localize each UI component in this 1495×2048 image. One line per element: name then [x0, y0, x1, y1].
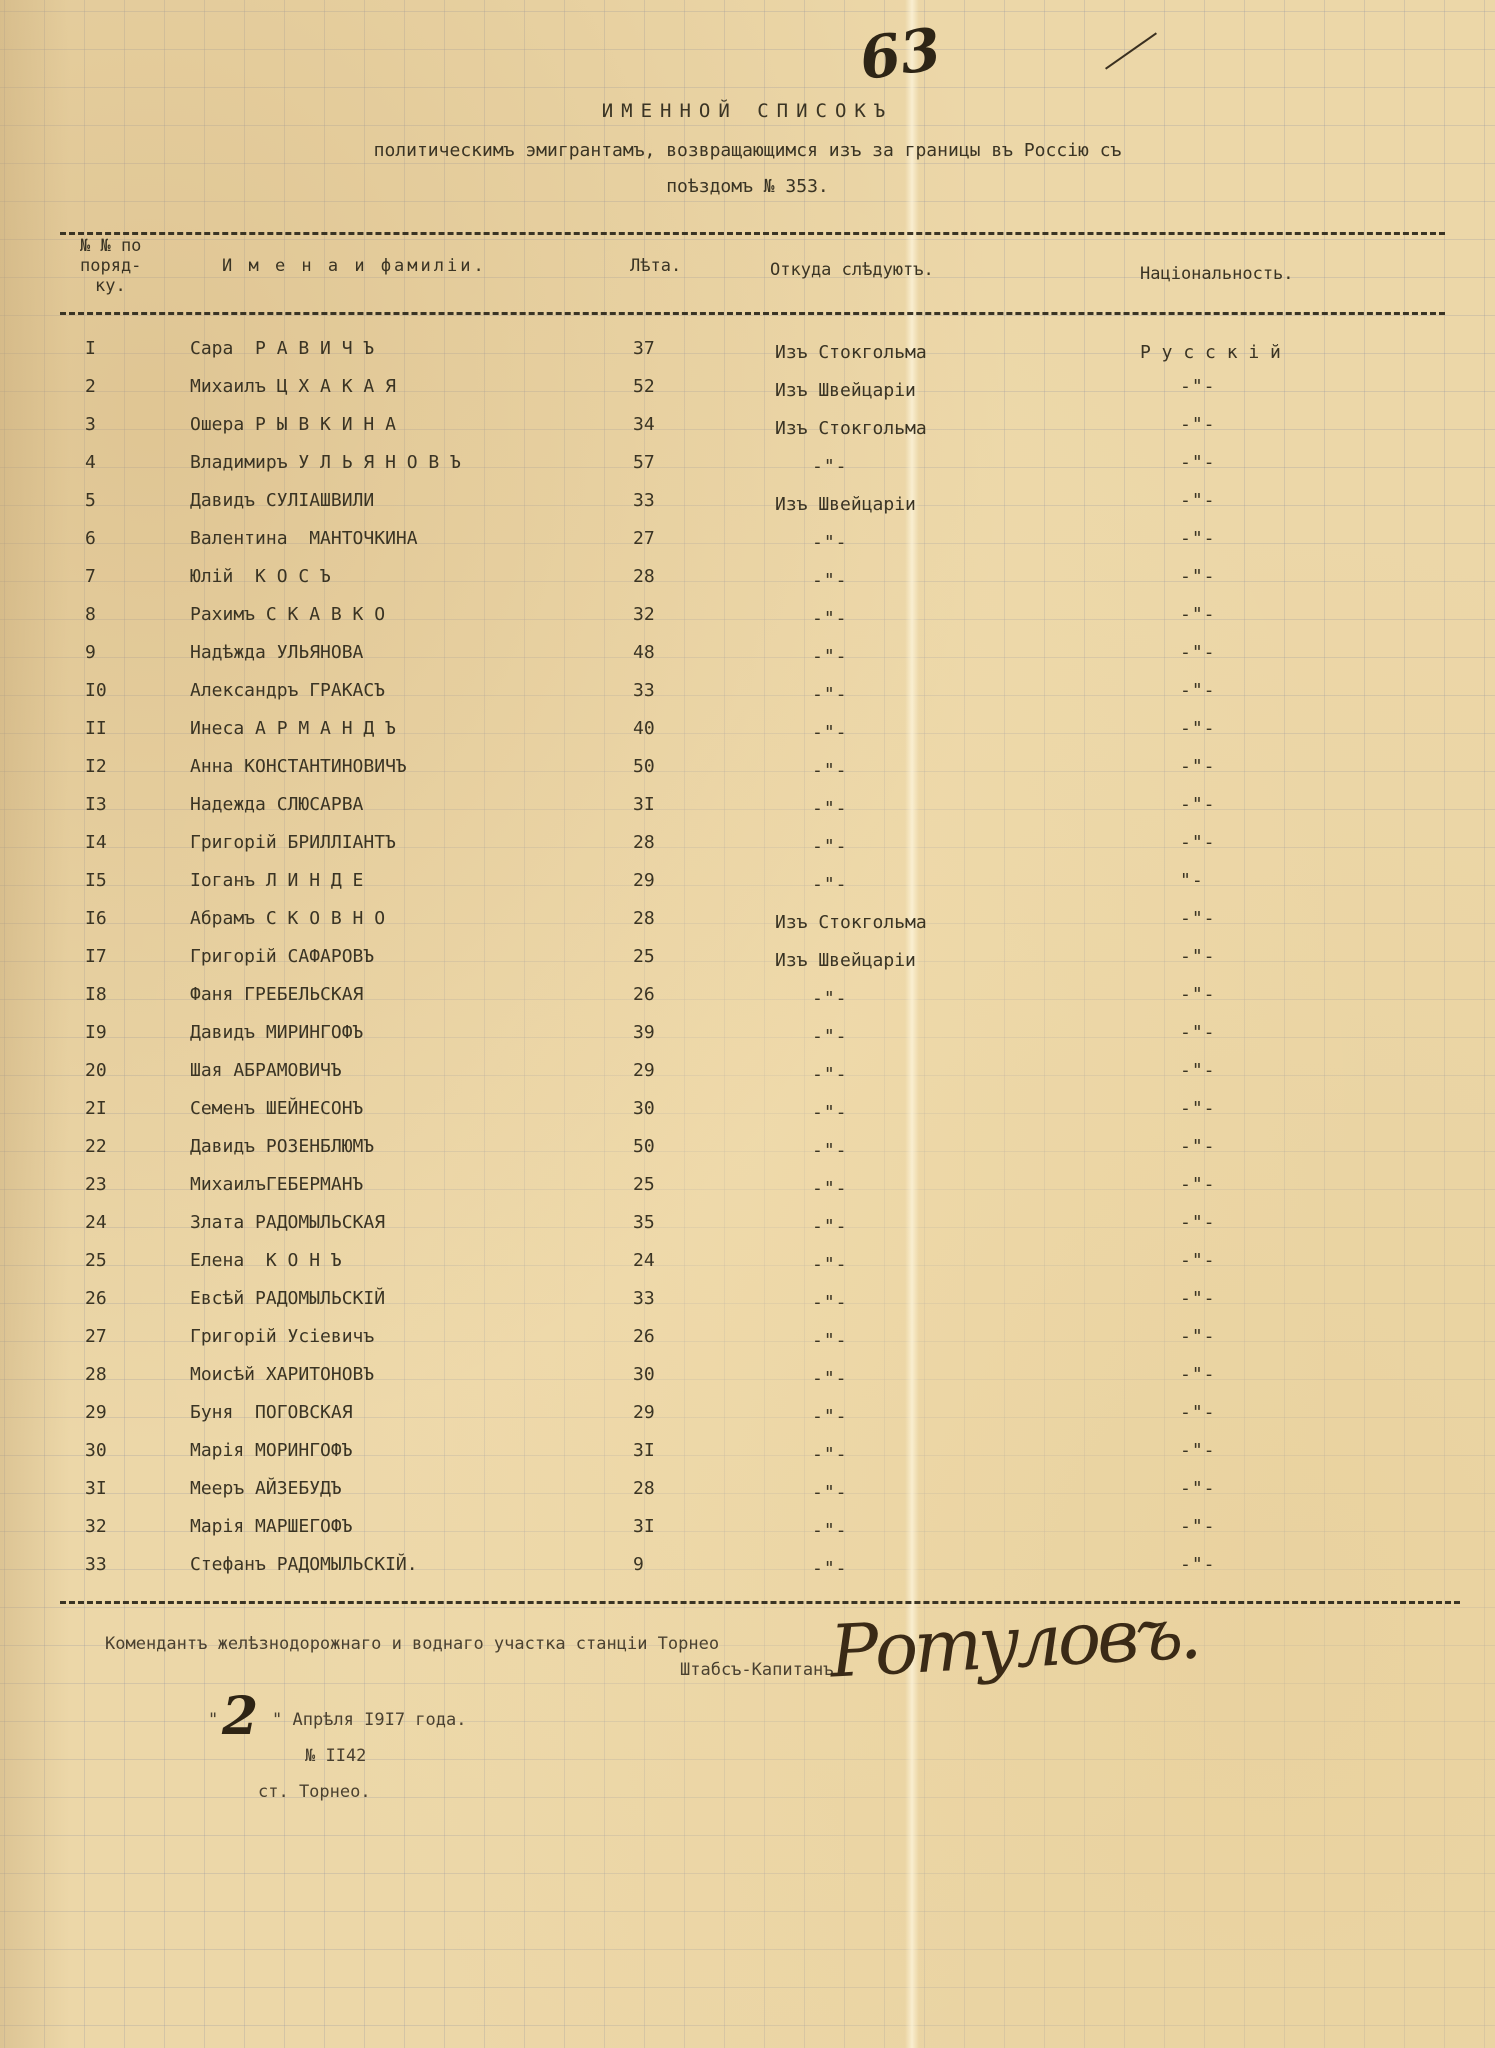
emigrant-name: Рахимъ С К А В К О: [190, 604, 385, 625]
table-row: I5Іоганъ Л И Н Д Е29-"-"-: [0, 870, 1495, 908]
table-row: 7Юлій К О С Ъ28-"--"-: [0, 566, 1495, 604]
table-row: 20Шая АБРАМОВИЧЪ29-"--"-: [0, 1060, 1495, 1098]
nationality: -"-: [1180, 1364, 1216, 1385]
nationality: -"-: [1180, 946, 1216, 967]
row-number: 3I: [85, 1478, 135, 1499]
emigrant-age: 28: [633, 1478, 655, 1499]
departure-origin: -"-: [812, 1292, 848, 1313]
departure-origin: -"-: [812, 722, 848, 743]
emigrant-name: Мееръ АЙЗЕБУДЪ: [190, 1478, 342, 1499]
emigrant-name: Юлій К О С Ъ: [190, 566, 331, 587]
departure-origin: -"-: [812, 646, 848, 667]
document-subtitle: политическимъ эмигрантамъ, возвращающимс…: [0, 140, 1495, 161]
row-number: 3: [85, 414, 135, 435]
emigrant-age: 33: [633, 490, 655, 511]
emigrant-name: Давидъ СУЛІАШВИЛИ: [190, 490, 374, 511]
row-number: 30: [85, 1440, 135, 1461]
departure-origin: -"-: [812, 1026, 848, 1047]
row-number: I6: [85, 908, 135, 929]
document-number: № II42: [305, 1746, 366, 1766]
row-number: II: [85, 718, 135, 739]
emigrant-name: Владимиръ У Л Ь Я Н О В Ъ: [190, 452, 461, 473]
emigrant-name: Ошера Р Ы В К И Н А: [190, 414, 396, 435]
emigrant-name: Надѣжда УЛЬЯНОВА: [190, 642, 363, 663]
emigrant-age: 29: [633, 870, 655, 891]
departure-origin: -"-: [812, 988, 848, 1009]
emigrant-age: 57: [633, 452, 655, 473]
nationality: -"-: [1180, 1174, 1216, 1195]
emigrant-age: 26: [633, 984, 655, 1005]
nationality: -"-: [1180, 1098, 1216, 1119]
emigrant-age: 35: [633, 1212, 655, 1233]
row-number: 32: [85, 1516, 135, 1537]
emigrant-age: 50: [633, 756, 655, 777]
emigrant-name: Шая АБРАМОВИЧЪ: [190, 1060, 342, 1081]
emigrant-name: МихаилъГЕБЕРМАНЪ: [190, 1174, 363, 1195]
row-number: I8: [85, 984, 135, 1005]
table-row: 3Ошера Р Ы В К И Н А34Изъ Стокгольма-"-: [0, 414, 1495, 452]
row-number: 25: [85, 1250, 135, 1271]
nationality: -"-: [1180, 756, 1216, 777]
departure-origin: -"-: [812, 1064, 848, 1085]
row-number: 24: [85, 1212, 135, 1233]
departure-origin: Изъ Швейцаріи: [775, 380, 916, 401]
row-number: 22: [85, 1136, 135, 1157]
date-open-quote: ": [208, 1710, 218, 1730]
pencil-mark: [1105, 32, 1157, 69]
emigrant-age: 28: [633, 832, 655, 853]
emigrant-name: Марія МОРИНГОФЪ: [190, 1440, 353, 1461]
emigrant-name: Елена К О Н Ъ: [190, 1250, 342, 1271]
departure-origin: -"-: [812, 798, 848, 819]
nationality: -"-: [1180, 414, 1216, 435]
departure-origin: -"-: [812, 874, 848, 895]
row-number: I0: [85, 680, 135, 701]
emigrant-age: 3I: [633, 794, 655, 815]
header-bottom-divider: [60, 312, 1445, 315]
emigrant-name: Евсѣй РАДОМЫЛЬСКІЙ: [190, 1288, 385, 1309]
emigrant-name: Надежда СЛЮСАРВА: [190, 794, 363, 815]
emigrant-name: Александръ ГРАКАСЪ: [190, 680, 385, 701]
emigrant-name: Абрамъ С К О В Н О: [190, 908, 385, 929]
departure-origin: -"-: [812, 1482, 848, 1503]
departure-origin: -"-: [812, 836, 848, 857]
emigrant-name: Стефанъ РАДОМЫЛЬСКІЙ.: [190, 1554, 418, 1575]
table-row: I0Александръ ГРАКАСЪ33-"--"-: [0, 680, 1495, 718]
row-number: 9: [85, 642, 135, 663]
nationality: -"-: [1180, 908, 1216, 929]
row-number: 2: [85, 376, 135, 397]
nationality: -"-: [1180, 1212, 1216, 1233]
nationality: -"-: [1180, 1326, 1216, 1347]
nationality: -"-: [1180, 566, 1216, 587]
emigrant-name: Давидъ МИРИНГОФЪ: [190, 1022, 363, 1043]
nationality: -"-: [1180, 604, 1216, 625]
table-row: 2Михаилъ Ц Х А К А Я52Изъ Швейцаріи-"-: [0, 376, 1495, 414]
row-number: 26: [85, 1288, 135, 1309]
table-row: 8Рахимъ С К А В К О32-"--"-: [0, 604, 1495, 642]
nationality: Р у с с к і й: [1140, 342, 1281, 363]
row-number: 6: [85, 528, 135, 549]
emigrant-name: Григорій БРИЛЛІАНТЪ: [190, 832, 396, 853]
table-row: 22Давидъ РОЗЕНБЛЮМЪ50-"--"-: [0, 1136, 1495, 1174]
table-row: 9Надѣжда УЛЬЯНОВА48-"--"-: [0, 642, 1495, 680]
departure-origin: -"-: [812, 570, 848, 591]
row-number: I4: [85, 832, 135, 853]
emigrant-age: 29: [633, 1402, 655, 1423]
emigrant-name: Семенъ ШЕЙНЕСОНЪ: [190, 1098, 363, 1119]
header-name-col: И м е н а и фамиліи.: [222, 256, 487, 276]
emigrant-age: 39: [633, 1022, 655, 1043]
nationality: -"-: [1180, 1250, 1216, 1271]
nationality: -"-: [1180, 1022, 1216, 1043]
departure-origin: -"-: [812, 1406, 848, 1427]
departure-origin: -"-: [812, 1178, 848, 1199]
emigrant-age: 32: [633, 604, 655, 625]
emigrant-name: Буня ПОГОВСКАЯ: [190, 1402, 353, 1423]
nationality: -"-: [1180, 718, 1216, 739]
table-row: 24Злата РАДОМЫЛЬСКАЯ35-"--"-: [0, 1212, 1495, 1250]
departure-origin: Изъ Стокгольма: [775, 342, 927, 363]
table-row: 25Елена К О Н Ъ24-"--"-: [0, 1250, 1495, 1288]
row-number: 4: [85, 452, 135, 473]
nationality: -"-: [1180, 452, 1216, 473]
nationality: -"-: [1180, 1136, 1216, 1157]
table-row: I4Григорій БРИЛЛІАНТЪ28-"--"-: [0, 832, 1495, 870]
departure-origin: -"-: [812, 1520, 848, 1541]
row-number: 8: [85, 604, 135, 625]
header-nationality-col: Національность.: [1140, 264, 1294, 284]
departure-origin: -"-: [812, 760, 848, 781]
emigrant-age: 30: [633, 1364, 655, 1385]
date-line: " Апрѣля I9I7 года.: [272, 1710, 466, 1730]
table-row: 26Евсѣй РАДОМЫЛЬСКІЙ33-"--"-: [0, 1288, 1495, 1326]
emigrant-name: Моисѣй ХАРИТОНОВЪ: [190, 1364, 374, 1385]
station-line: ст. Торнео.: [258, 1782, 371, 1802]
emigrant-age: 3I: [633, 1440, 655, 1461]
table-row: 5Давидъ СУЛІАШВИЛИ33Изъ Швейцаріи-"-: [0, 490, 1495, 528]
folio-number: 63: [856, 15, 945, 94]
row-number: 23: [85, 1174, 135, 1195]
nationality: -"-: [1180, 642, 1216, 663]
emigrant-age: 24: [633, 1250, 655, 1271]
table-row: 30Марія МОРИНГОФЪ3I-"--"-: [0, 1440, 1495, 1478]
emigrant-age: 28: [633, 908, 655, 929]
row-number: 28: [85, 1364, 135, 1385]
table-row: 33Стефанъ РАДОМЫЛЬСКІЙ.9-"--"-: [0, 1554, 1495, 1592]
document-title: ИМЕННОЙ СПИСОКЪ: [0, 100, 1495, 122]
emigrant-age: 9: [633, 1554, 644, 1575]
departure-origin: -"-: [812, 456, 848, 477]
table-row: 32Марія МАРШЕГОФЪ3I-"--"-: [0, 1516, 1495, 1554]
row-number: 7: [85, 566, 135, 587]
table-end-divider: [60, 1601, 1460, 1604]
table-row: 23МихаилъГЕБЕРМАНЪ25-"--"-: [0, 1174, 1495, 1212]
table-row: IIИнеса А Р М А Н Д Ъ40-"--"-: [0, 718, 1495, 756]
table-row: 2IСеменъ ШЕЙНЕСОНЪ30-"--"-: [0, 1098, 1495, 1136]
emigrant-age: 34: [633, 414, 655, 435]
emigrant-age: 52: [633, 376, 655, 397]
table-row: I8Фаня ГРЕБЕЛЬСКАЯ26-"--"-: [0, 984, 1495, 1022]
emigrant-name: Злата РАДОМЫЛЬСКАЯ: [190, 1212, 385, 1233]
emigrant-name: Давидъ РОЗЕНБЛЮМЪ: [190, 1136, 374, 1157]
emigrant-age: 28: [633, 566, 655, 587]
train-number-line: поѣздомъ № 353.: [0, 176, 1495, 197]
nationality: -"-: [1180, 1440, 1216, 1461]
commandant-line: Комендантъ желѣзнодорожнаго и воднаго уч…: [105, 1634, 719, 1654]
departure-origin: -"-: [812, 1216, 848, 1237]
table-row: 29Буня ПОГОВСКАЯ29-"--"-: [0, 1402, 1495, 1440]
departure-origin: -"-: [812, 1140, 848, 1161]
table-row: 4Владимиръ У Л Ь Я Н О В Ъ57-"--"-: [0, 452, 1495, 490]
departure-origin: -"-: [812, 1330, 848, 1351]
row-number: 2I: [85, 1098, 135, 1119]
emigrant-name: Григорій Усіевичъ: [190, 1326, 374, 1347]
table-row: 28Моисѣй ХАРИТОНОВЪ30-"--"-: [0, 1364, 1495, 1402]
emigrant-age: 33: [633, 1288, 655, 1309]
nationality: -"-: [1180, 1060, 1216, 1081]
departure-origin: Изъ Стокгольма: [775, 418, 927, 439]
emigrant-age: 25: [633, 946, 655, 967]
nationality: -"-: [1180, 1402, 1216, 1423]
header-top-divider: [60, 232, 1445, 235]
row-number: 33: [85, 1554, 135, 1575]
nationality: -"-: [1180, 832, 1216, 853]
row-number: I3: [85, 794, 135, 815]
departure-origin: -"-: [812, 1368, 848, 1389]
emigrant-age: 26: [633, 1326, 655, 1347]
emigrant-name: Григорій САФАРОВЪ: [190, 946, 374, 967]
nationality: -"-: [1180, 1478, 1216, 1499]
emigrant-age: 33: [633, 680, 655, 701]
emigrant-name: Валентина МАНТОЧКИНА: [190, 528, 418, 549]
emigrant-age: 40: [633, 718, 655, 739]
emigrant-name: Марія МАРШЕГОФЪ: [190, 1516, 353, 1537]
emigrant-age: 27: [633, 528, 655, 549]
emigrant-age: 30: [633, 1098, 655, 1119]
header-number-line3: ку.: [80, 276, 141, 296]
departure-origin: Изъ Стокгольма: [775, 912, 927, 933]
emigrant-age: 29: [633, 1060, 655, 1081]
row-number: 27: [85, 1326, 135, 1347]
rank-line: Штабсъ-Капитанъ: [680, 1660, 834, 1680]
nationality: "-: [1180, 870, 1204, 891]
departure-origin: Изъ Швейцаріи: [775, 950, 916, 971]
nationality: -"-: [1180, 794, 1216, 815]
row-number: I2: [85, 756, 135, 777]
handwritten-date-day: 2: [222, 1686, 258, 1747]
row-number: I9: [85, 1022, 135, 1043]
emigrant-age: 25: [633, 1174, 655, 1195]
table-row: 6Валентина МАНТОЧКИНА27-"--"-: [0, 528, 1495, 566]
departure-origin: -"-: [812, 1444, 848, 1465]
nationality: -"-: [1180, 1288, 1216, 1309]
emigrant-age: 48: [633, 642, 655, 663]
header-age-col: Лѣта.: [630, 256, 681, 276]
row-number: 5: [85, 490, 135, 511]
departure-origin: -"-: [812, 1102, 848, 1123]
departure-origin: Изъ Швейцаріи: [775, 494, 916, 515]
nationality: -"-: [1180, 1516, 1216, 1537]
header-from-col: Откуда слѣдуютъ.: [770, 260, 934, 280]
handwritten-signature: Ротуловъ.: [828, 1590, 1200, 1693]
table-row: I7Григорій САФАРОВЪ25Изъ Швейцаріи-"-: [0, 946, 1495, 984]
nationality: -"-: [1180, 376, 1216, 397]
emigrant-name: Сара Р А В И Ч Ъ: [190, 338, 374, 359]
nationality: -"-: [1180, 984, 1216, 1005]
row-number: 20: [85, 1060, 135, 1081]
emigrant-name: Анна КОНСТАНТИНОВИЧЪ: [190, 756, 407, 777]
table-row: IСара Р А В И Ч Ъ37Изъ СтокгольмаР у с с…: [0, 338, 1495, 376]
row-number: I7: [85, 946, 135, 967]
header-number-line1: № № по: [80, 236, 141, 256]
departure-origin: -"-: [812, 1558, 848, 1579]
table-row: 27Григорій Усіевичъ26-"--"-: [0, 1326, 1495, 1364]
emigrant-name: Михаилъ Ц Х А К А Я: [190, 376, 396, 397]
departure-origin: -"-: [812, 1254, 848, 1275]
row-number: 29: [85, 1402, 135, 1423]
emigrant-age: 50: [633, 1136, 655, 1157]
row-number: I5: [85, 870, 135, 891]
nationality: -"-: [1180, 528, 1216, 549]
row-number: I: [85, 338, 135, 359]
header-number-col: № № по поряд- ку.: [80, 236, 141, 296]
departure-origin: -"-: [812, 684, 848, 705]
nationality: -"-: [1180, 680, 1216, 701]
departure-origin: -"-: [812, 532, 848, 553]
departure-origin: -"-: [812, 608, 848, 629]
emigrant-name: Инеса А Р М А Н Д Ъ: [190, 718, 396, 739]
nationality: -"-: [1180, 1554, 1216, 1575]
emigrant-age: 37: [633, 338, 655, 359]
table-row: I9Давидъ МИРИНГОФЪ39-"--"-: [0, 1022, 1495, 1060]
emigrant-name: Фаня ГРЕБЕЛЬСКАЯ: [190, 984, 363, 1005]
table-row: I6Абрамъ С К О В Н О28Изъ Стокгольма-"-: [0, 908, 1495, 946]
table-row: 3IМееръ АЙЗЕБУДЪ28-"--"-: [0, 1478, 1495, 1516]
nationality: -"-: [1180, 490, 1216, 511]
table-row: I2Анна КОНСТАНТИНОВИЧЪ50-"--"-: [0, 756, 1495, 794]
emigrant-age: 3I: [633, 1516, 655, 1537]
emigrant-name: Іоганъ Л И Н Д Е: [190, 870, 363, 891]
header-number-line2: поряд-: [80, 256, 141, 276]
table-row: I3Надежда СЛЮСАРВА3I-"--"-: [0, 794, 1495, 832]
